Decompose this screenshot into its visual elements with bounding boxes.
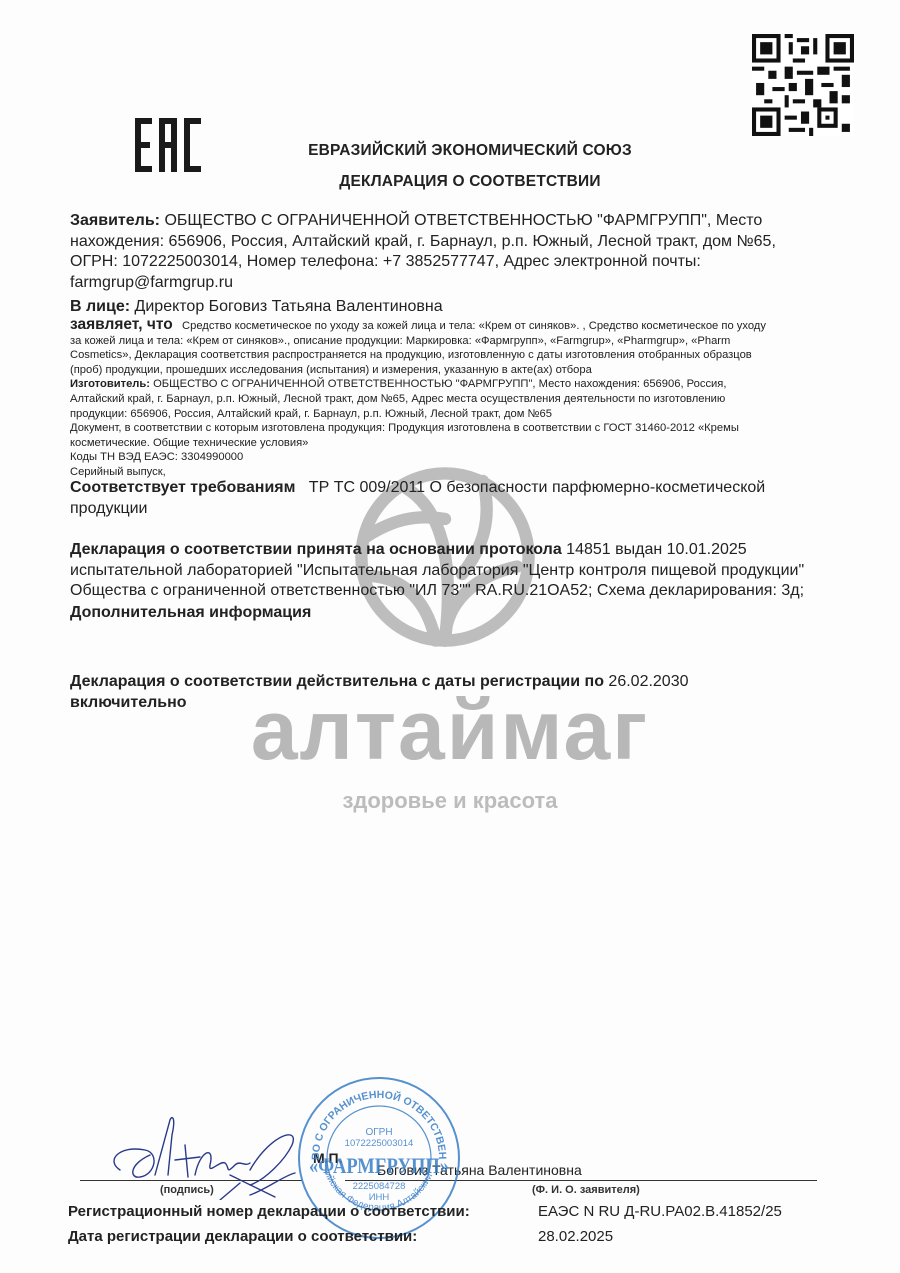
svg-text:«ФАРМГРУПП»: «ФАРМГРУПП»: [309, 1153, 449, 1178]
watermark-tagline: здоровье и красота: [220, 788, 680, 814]
handwritten-signature: [100, 1105, 310, 1200]
registration-date-label: Дата регистрации декларации о соответств…: [68, 1228, 417, 1245]
signer-caption: (Ф. И. О. заявителя): [532, 1184, 640, 1196]
svg-text:ОГРН: ОГРН: [365, 1127, 392, 1138]
registration-number-label: Регистрационный номер декларации о соотв…: [68, 1203, 470, 1220]
manufacturer-label: Изготовитель:: [70, 378, 150, 390]
applicant-block: Заявитель: ОБЩЕСТВО С ОГРАНИЧЕННОЙ ОТВЕТ…: [70, 211, 810, 318]
watermark-brand: алтаймаг: [220, 688, 680, 772]
protocol-block: Декларация о соответствии принята на осн…: [70, 540, 810, 602]
svg-text:1072225003014: 1072225003014: [345, 1138, 414, 1149]
conformity-block: Соответствует требованиям ТР ТС 009/2011…: [70, 478, 810, 519]
document-title: ДЕКЛАРАЦИЯ О СООТВЕТСТВИИ: [140, 173, 800, 191]
svg-text:ИНН: ИНН: [369, 1192, 390, 1203]
tn-ved-codes: Коды ТН ВЭД ЕАЭС: 3304990000: [70, 450, 820, 465]
person-label: В лице:: [70, 298, 130, 315]
svg-text:2225084728: 2225084728: [353, 1181, 406, 1192]
registration-number: ЕАЭС N RU Д-RU.РА02.В.41852/25: [538, 1203, 782, 1220]
additional-info-heading: Дополнительная информация: [70, 603, 810, 624]
declares-label: заявляет, что: [70, 316, 173, 333]
applicant-label: Заявитель:: [70, 212, 160, 229]
registration-date: 28.02.2025: [538, 1228, 613, 1245]
person-name: Директор Боговиз Татьяна Валентиновна: [135, 298, 443, 315]
union-title: ЕВРАЗИЙСКИЙ ЭКОНОМИЧЕСКИЙ СОЮЗ: [140, 142, 800, 160]
qr-code-icon: [752, 34, 854, 136]
declaration-body: заявляет, что Средство косметическое по …: [70, 318, 820, 480]
